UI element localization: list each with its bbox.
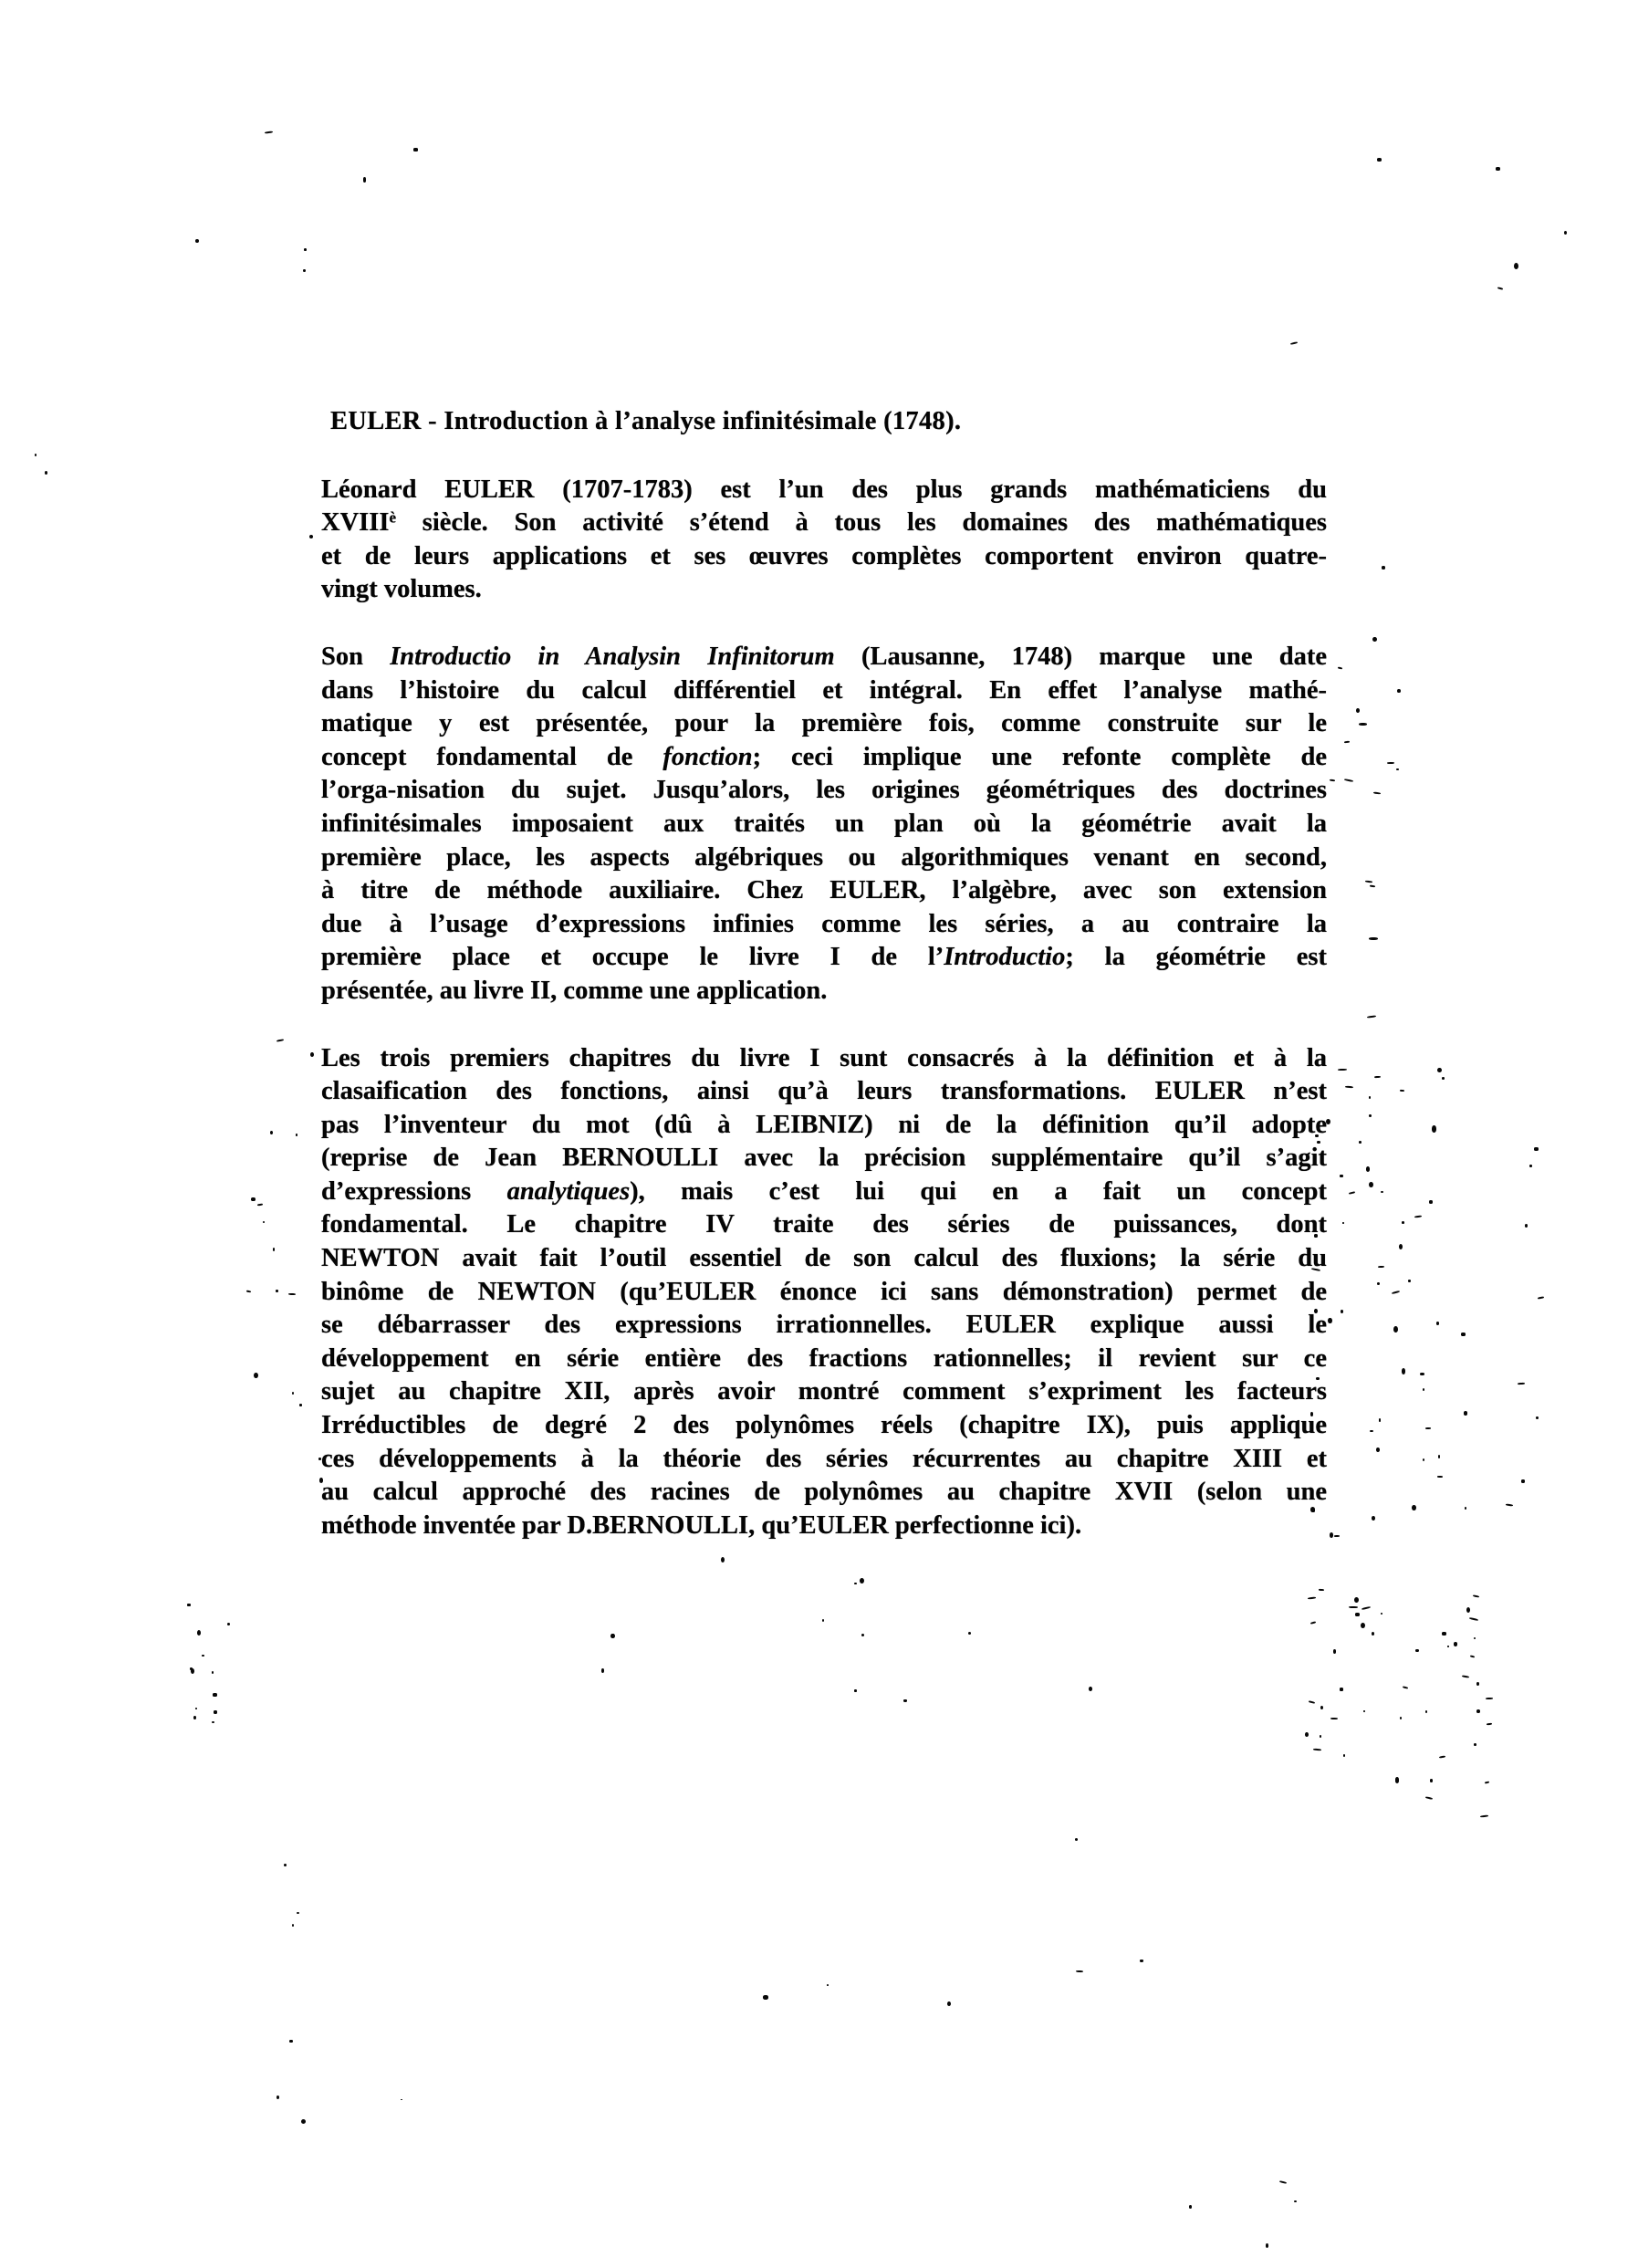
- text-line: fondamental. Le chapitre IV traite des s…: [321, 1208, 1327, 1242]
- noise-dot: [1349, 1606, 1358, 1608]
- noise-dot: [1319, 1588, 1324, 1590]
- text-line: dans l’histoire du calcul différentiel e…: [321, 674, 1327, 708]
- noise-dot: [197, 1630, 202, 1636]
- noise-dot: [401, 2099, 402, 2101]
- noise-dot: [213, 1693, 217, 1697]
- document-text: EULER - Introduction à l’analyse infinit…: [321, 405, 1327, 1542]
- noise-dot: [1473, 1594, 1480, 1597]
- noise-dot: [195, 1708, 197, 1709]
- noise-dot: [1076, 1970, 1083, 1972]
- text-run: ), mais c’est lui qui en a fait un conce…: [630, 1177, 1327, 1206]
- noise-dot: [1436, 1322, 1439, 1324]
- text-run: d’expressions: [321, 1177, 507, 1206]
- noise-dot: [1476, 1709, 1479, 1713]
- text-line: (reprise de Jean BERNOULLI avec la préci…: [321, 1142, 1327, 1176]
- noise-dot: [1430, 1779, 1434, 1782]
- noise-dot: [1381, 1191, 1383, 1194]
- noise-dot: [1333, 1649, 1336, 1654]
- noise-dot: [1344, 1086, 1352, 1089]
- noise-dot: [1423, 1388, 1424, 1391]
- noise-dot: [1395, 1777, 1400, 1782]
- noise-dot: [1379, 1418, 1382, 1422]
- noise-dot: [1279, 2180, 1287, 2184]
- noise-dot: [1305, 1732, 1309, 1737]
- noise-dot: [1485, 1782, 1489, 1784]
- text-line: Les trois premiers chapitres du livre I …: [321, 1042, 1327, 1076]
- text-line: l’orga-nisation du sujet. Jusqu’alors, l…: [321, 774, 1327, 808]
- noise-dot: [1396, 768, 1398, 770]
- noise-dot: [1369, 1182, 1373, 1187]
- noise-dot: [1496, 167, 1500, 171]
- noise-dot: [1438, 1755, 1445, 1758]
- noise-dot: [1311, 1510, 1314, 1513]
- noise-dot: [1392, 1291, 1400, 1294]
- noise-dot: [1330, 1532, 1333, 1538]
- noise-dot: [1403, 1686, 1409, 1689]
- noise-dot: [1370, 884, 1376, 887]
- text-run: sujet au chapitre XII, après avoir montr…: [321, 1377, 1327, 1406]
- noise-dot: [246, 1290, 252, 1292]
- noise-dot: [1330, 779, 1336, 781]
- noise-dot: [319, 1478, 323, 1483]
- noise-dot: [292, 1924, 294, 1927]
- noise-dot: [1342, 1222, 1344, 1224]
- noise-dot: [202, 1655, 203, 1657]
- text-run: concept fondamental de: [321, 743, 663, 771]
- text-line: Son Introductio in Analysin Infinitorum …: [321, 641, 1327, 674]
- text-run: (Lausanne, 1748) marque une date: [835, 643, 1327, 671]
- noise-dot: [1326, 1119, 1330, 1124]
- text-run: première place, les aspects algébriques …: [321, 843, 1327, 872]
- text-run: NEWTON avait fait l’outil essentiel de s…: [321, 1244, 1327, 1272]
- text-run: présentée, au livre II, comme une applic…: [321, 977, 827, 1005]
- noise-dot: [1349, 1192, 1355, 1196]
- noise-dot: [1140, 1960, 1143, 1962]
- noise-dot: [193, 1716, 196, 1719]
- noise-dot: [297, 1912, 299, 1915]
- text-run: infinitésimales imposaient aux traités u…: [321, 810, 1327, 838]
- noise-dot: [214, 1710, 217, 1714]
- noise-dot: [1476, 1682, 1480, 1686]
- document-paragraphs: Léonard EULER (1707-1783) est l’un des p…: [321, 474, 1327, 1543]
- noise-dot: [968, 1632, 971, 1635]
- text-line: se débarrasser des expressions irrationn…: [321, 1309, 1327, 1343]
- noise-dot: [1378, 1266, 1384, 1268]
- text-run: due à l’usage d’expressions infinies com…: [321, 910, 1327, 938]
- text-line: présentée, au livre II, comme une applic…: [321, 975, 1327, 1009]
- noise-dot: [45, 471, 47, 475]
- noise-dot: [276, 1039, 283, 1041]
- noise-dot: [1534, 1147, 1538, 1151]
- noise-dot: [276, 1290, 278, 1292]
- text-line: matique y est présentée, pour la premièr…: [321, 707, 1327, 741]
- noise-dot: [263, 1221, 265, 1223]
- noise-dot: [1367, 1015, 1376, 1018]
- text-line: NEWTON avait fait l’outil essentiel de s…: [321, 1242, 1327, 1276]
- text-line: à titre de méthode auxiliaire. Chez EULE…: [321, 874, 1327, 908]
- noise-dot: [296, 1134, 297, 1135]
- noise-dot: [1338, 1069, 1347, 1071]
- noise-dot: [1432, 1125, 1436, 1132]
- scanned-page: EULER - Introduction à l’analyse infinit…: [0, 0, 1638, 2268]
- noise-dot: [1525, 1224, 1528, 1228]
- noise-dot: [227, 1623, 230, 1625]
- noise-dot: [1420, 1373, 1424, 1375]
- noise-dot: [1075, 1838, 1079, 1841]
- noise-dot: [251, 1197, 256, 1202]
- noise-dot: [1381, 1613, 1382, 1615]
- noise-dot: [1328, 1318, 1331, 1323]
- noise-dot: [1343, 779, 1352, 782]
- noise-dot: [1465, 1507, 1467, 1510]
- noise-dot: [1402, 1368, 1406, 1374]
- text-line: infinitésimales imposaient aux traités u…: [321, 808, 1327, 841]
- noise-dot: [1400, 1717, 1402, 1719]
- noise-dot: [1354, 1597, 1359, 1603]
- noise-dot: [1469, 1617, 1478, 1621]
- text-run: au calcul approché des racines de polynô…: [321, 1478, 1327, 1506]
- text-run: fonction: [663, 743, 752, 771]
- noise-dot: [1369, 1114, 1372, 1118]
- noise-dot: [1425, 1710, 1428, 1713]
- noise-dot: [1330, 1718, 1338, 1719]
- noise-dot: [1415, 1649, 1419, 1653]
- noise-dot: [1089, 1687, 1092, 1691]
- noise-dot: [1506, 1503, 1513, 1506]
- noise-dot: [1408, 1280, 1411, 1283]
- noise-dot: [1423, 1458, 1425, 1462]
- noise-dot: [1521, 1479, 1525, 1483]
- noise-dot: [903, 1699, 907, 1702]
- noise-dot: [301, 2119, 306, 2124]
- noise-dot: [288, 1293, 296, 1295]
- noise-dot: [1438, 1455, 1440, 1458]
- text-run: méthode inventée par D.BERNOULLI, qu’EUL…: [321, 1511, 1081, 1540]
- noise-dot: [860, 1578, 864, 1583]
- noise-dot: [1294, 2200, 1297, 2202]
- noise-dot: [1361, 1623, 1365, 1628]
- paragraph: Les trois premiers chapitres du livre I …: [321, 1042, 1327, 1543]
- noise-dot: [1466, 1607, 1470, 1613]
- text-line: et de leurs applications et ses œuvres c…: [321, 540, 1327, 574]
- text-run: fondamental. Le chapitre IV traite des s…: [321, 1210, 1327, 1239]
- text-run: pas l’inventeur du mot (dû à LEIBNIZ) ni…: [321, 1111, 1327, 1139]
- noise-dot: [861, 1634, 864, 1636]
- text-run: ; ceci implique une refonte complète de: [753, 743, 1327, 771]
- noise-dot: [1469, 1656, 1475, 1658]
- noise-dot: [257, 1203, 263, 1206]
- noise-dot: [1369, 1096, 1372, 1099]
- text-run: à titre de méthode auxiliaire. Chez EULE…: [321, 876, 1327, 904]
- noise-dot: [212, 1671, 214, 1674]
- noise-dot: [1429, 1200, 1433, 1204]
- noise-dot: [292, 1392, 294, 1395]
- noise-dot: [1372, 1632, 1374, 1636]
- noise-dot: [1536, 1416, 1539, 1419]
- noise-dot: [1266, 2243, 1269, 2248]
- noise-dot: [721, 1557, 725, 1563]
- noise-dot: [265, 131, 273, 133]
- noise-dot: [610, 1634, 614, 1639]
- noise-dot: [1370, 1430, 1372, 1433]
- noise-dot: [1334, 1535, 1340, 1537]
- text-line: Léonard EULER (1707-1783) est l’un des p…: [321, 474, 1327, 507]
- noise-dot: [947, 2001, 951, 2006]
- noise-dot: [601, 1668, 604, 1672]
- text-line: ces développements à la théorie des séri…: [321, 1443, 1327, 1477]
- noise-dot: [1454, 1642, 1457, 1646]
- noise-dot: [1474, 1637, 1476, 1639]
- text-line: au calcul approché des racines de polynô…: [321, 1476, 1327, 1510]
- text-run: ces développements à la théorie des séri…: [321, 1445, 1327, 1473]
- text-line: méthode inventée par D.BERNOULLI, qu’EUL…: [321, 1510, 1327, 1543]
- noise-dot: [1442, 1077, 1445, 1080]
- noise-dot: [318, 1458, 321, 1460]
- text-run: Les trois premiers chapitres du livre I …: [321, 1044, 1327, 1072]
- text-run: è: [389, 509, 396, 527]
- noise-dot: [1369, 937, 1378, 940]
- noise-dot: [1364, 881, 1372, 883]
- noise-dot: [1486, 1698, 1493, 1699]
- noise-dot: [1402, 1221, 1405, 1224]
- text-run: Introductio: [944, 943, 1065, 971]
- noise-dot: [276, 2096, 279, 2099]
- noise-dot: [1399, 1090, 1403, 1092]
- noise-dot: [363, 177, 367, 182]
- noise-dot: [1340, 1688, 1343, 1691]
- text-run: dans l’histoire du calcul différentiel e…: [321, 676, 1327, 705]
- noise-dot: [195, 239, 199, 243]
- noise-dot: [284, 1864, 287, 1866]
- text-run: analytiques: [507, 1177, 631, 1206]
- text-line: due à l’usage d’expressions infinies com…: [321, 908, 1327, 942]
- noise-dot: [273, 1248, 275, 1251]
- noise-dot: [822, 1619, 824, 1622]
- noise-dot: [303, 269, 306, 272]
- noise-dot: [1564, 231, 1567, 235]
- noise-dot: [1425, 1796, 1433, 1800]
- noise-dot: [289, 2040, 292, 2043]
- noise-dot: [1290, 341, 1299, 345]
- noise-dot: [1310, 1621, 1317, 1625]
- noise-dot: [212, 1721, 214, 1723]
- text-line: clasaification des fonctions, ainsi qu’à…: [321, 1075, 1327, 1109]
- noise-dot: [1437, 1476, 1443, 1478]
- noise-dot: [299, 1404, 303, 1406]
- noise-dot: [1363, 1710, 1365, 1712]
- text-line: Irréductibles de degré 2 des polynômes r…: [321, 1409, 1327, 1443]
- noise-dot: [1316, 1377, 1320, 1381]
- paragraph: Léonard EULER (1707-1783) est l’un des p…: [321, 474, 1327, 607]
- noise-dot: [1425, 1427, 1431, 1429]
- noise-dot: [413, 148, 417, 151]
- noise-dot: [1529, 1165, 1532, 1167]
- noise-dot: [1315, 1134, 1318, 1138]
- text-line: sujet au chapitre XII, après avoir montr…: [321, 1375, 1327, 1409]
- noise-dot: [190, 1667, 193, 1670]
- noise-dot: [1538, 1297, 1544, 1300]
- noise-dot: [1387, 762, 1394, 764]
- text-run: clasaification des fonctions, ainsi qu’à…: [321, 1077, 1327, 1105]
- document-title: EULER - Introduction à l’analyse infinit…: [330, 405, 1327, 439]
- noise-dot: [310, 1052, 314, 1058]
- text-line: d’expressions analytiques), mais c’est l…: [321, 1176, 1327, 1209]
- noise-dot: [270, 1131, 273, 1134]
- text-run: vingt volumes.: [321, 575, 482, 603]
- noise-dot: [309, 535, 313, 538]
- text-run: siècle. Son activité s’étend à tous les …: [396, 508, 1327, 537]
- noise-dot: [1189, 2205, 1193, 2209]
- noise-dot: [1372, 1516, 1375, 1521]
- noise-dot: [1447, 1646, 1449, 1647]
- noise-dot: [1362, 1606, 1371, 1610]
- noise-dot: [1487, 1723, 1492, 1726]
- noise-dot: [1359, 1141, 1362, 1144]
- text-line: première place, les aspects algébriques …: [321, 841, 1327, 875]
- text-run: Léonard EULER (1707-1783) est l’un des p…: [321, 476, 1327, 504]
- noise-dot: [1313, 1748, 1321, 1751]
- noise-dot: [1464, 1411, 1468, 1416]
- noise-dot: [1377, 1282, 1380, 1286]
- noise-dot: [1308, 1596, 1316, 1599]
- text-run: Irréductibles de degré 2 des polynômes r…: [321, 1411, 1327, 1439]
- noise-dot: [1462, 1676, 1469, 1678]
- text-run: l’orga-nisation du sujet. Jusqu’alors, l…: [321, 776, 1327, 804]
- noise-dot: [1374, 1076, 1381, 1078]
- noise-dot: [1356, 708, 1360, 714]
- text-run: Introductio in Analysin Infinitorum: [390, 643, 834, 671]
- noise-dot: [1320, 1706, 1323, 1709]
- text-run: (reprise de Jean BERNOULLI avec la préci…: [321, 1144, 1327, 1172]
- noise-dot: [1376, 1448, 1380, 1452]
- text-line: vingt volumes.: [321, 573, 1327, 607]
- noise-dot: [1309, 1700, 1315, 1704]
- text-line: concept fondamental de fonction; ceci im…: [321, 741, 1327, 775]
- noise-dot: [827, 1984, 829, 1986]
- text-line: première place et occupe le livre I de l…: [321, 941, 1327, 975]
- noise-dot: [1442, 1632, 1445, 1636]
- noise-dot: [304, 248, 307, 251]
- noise-dot: [1437, 1068, 1442, 1072]
- noise-dot: [1320, 1735, 1322, 1738]
- text-run: se débarrasser des expressions irrationn…: [321, 1311, 1327, 1339]
- noise-dot: [1474, 1743, 1476, 1746]
- noise-dot: [854, 1689, 857, 1692]
- noise-dot: [35, 454, 37, 456]
- noise-dot: [254, 1373, 258, 1378]
- noise-dot: [1397, 689, 1401, 693]
- noise-dot: [1344, 741, 1350, 744]
- noise-dot: [187, 1604, 190, 1606]
- noise-dot: [1366, 1166, 1371, 1172]
- noise-dot: [1480, 1814, 1488, 1817]
- noise-dot: [1372, 637, 1377, 642]
- text-run: matique y est présentée, pour la premièr…: [321, 709, 1327, 737]
- noise-dot: [1340, 1175, 1342, 1177]
- noise-dot: [1414, 1216, 1421, 1218]
- text-run: XVIII: [321, 508, 389, 537]
- noise-dot: [1337, 667, 1341, 670]
- text-run: première place et occupe le livre I de l…: [321, 943, 944, 971]
- text-run: Son: [321, 643, 390, 671]
- text-line: binôme de NEWTON (qu’EULER énonce ici sa…: [321, 1276, 1327, 1310]
- text-run: ; la géométrie est: [1065, 943, 1327, 971]
- noise-dot: [1377, 158, 1382, 162]
- noise-dot: [1497, 287, 1503, 290]
- text-run: développement en série entière des fract…: [321, 1344, 1327, 1373]
- noise-dot: [1518, 1382, 1525, 1384]
- text-run: et de leurs applications et ses œuvres c…: [321, 542, 1327, 570]
- noise-dot: [1314, 1309, 1318, 1313]
- paragraph: Son Introductio in Analysin Infinitorum …: [321, 641, 1327, 1009]
- noise-dot: [763, 1995, 768, 2000]
- noise-dot: [1341, 1310, 1343, 1312]
- noise-dot: [1399, 1244, 1403, 1249]
- noise-dot: [1382, 566, 1385, 570]
- noise-dot: [1514, 263, 1518, 269]
- text-line: développement en série entière des fract…: [321, 1343, 1327, 1376]
- text-run: binôme de NEWTON (qu’EULER énonce ici sa…: [321, 1278, 1327, 1306]
- noise-dot: [1355, 1613, 1360, 1616]
- noise-dot: [1412, 1505, 1416, 1510]
- text-line: pas l’inventeur du mot (dû à LEIBNIZ) ni…: [321, 1109, 1327, 1143]
- noise-dot: [1359, 723, 1367, 726]
- noise-dot: [854, 1583, 857, 1584]
- noise-dot: [1393, 1326, 1398, 1333]
- text-line: XVIIIè siècle. Son activité s’étend à to…: [321, 507, 1327, 540]
- noise-dot: [1373, 792, 1382, 795]
- noise-dot: [1461, 1333, 1466, 1336]
- noise-dot: [1343, 1754, 1345, 1756]
